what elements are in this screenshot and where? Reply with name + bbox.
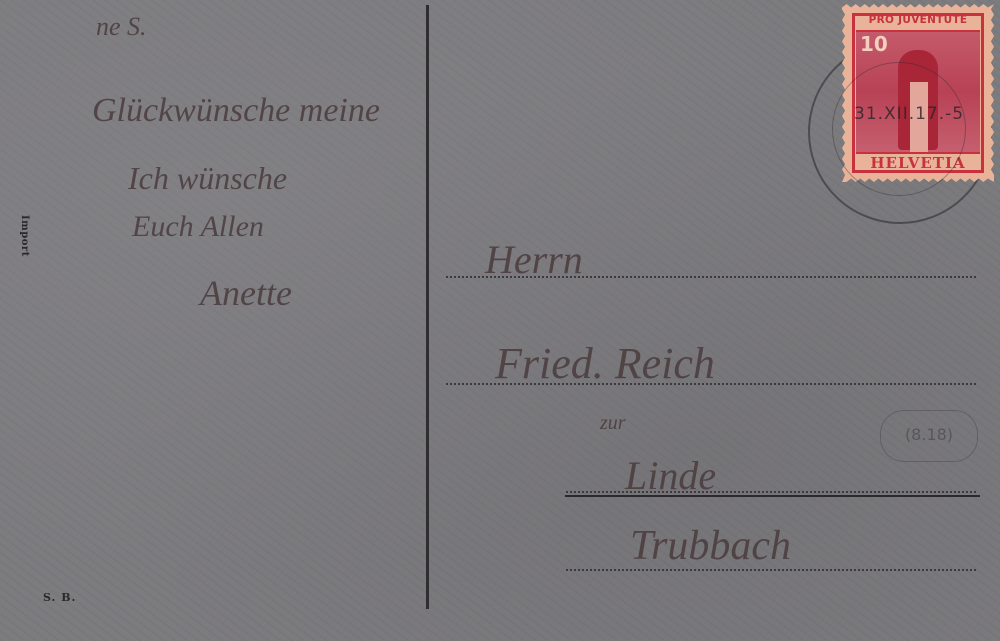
postcard: Import S. B. ne S. Glückwünsche meine Ic…	[0, 0, 1000, 641]
message-line-1: ne S.	[96, 12, 147, 42]
faint-postmark: (8.18)	[880, 410, 978, 462]
address-town: Trubbach	[630, 522, 791, 570]
address-zur: zur	[600, 412, 626, 435]
message-line-4: Euch Allen	[132, 210, 264, 244]
postmark-inner-ring	[832, 62, 966, 196]
address-place: Linde	[625, 452, 716, 499]
import-label: Import	[19, 215, 30, 257]
address-salutation: Herrn	[485, 236, 583, 283]
address-name: Fried. Reich	[495, 338, 715, 389]
message-line-3: Ich wünsche	[128, 160, 287, 197]
center-divider-line	[426, 5, 429, 609]
signature: Anette	[200, 272, 292, 314]
publisher-mark: S. B.	[43, 591, 76, 604]
stamp-value: 10	[860, 32, 888, 56]
stamp-top-text: PRO JUVENTUTE	[855, 14, 981, 26]
message-line-2: Glückwünsche meine	[92, 92, 380, 130]
